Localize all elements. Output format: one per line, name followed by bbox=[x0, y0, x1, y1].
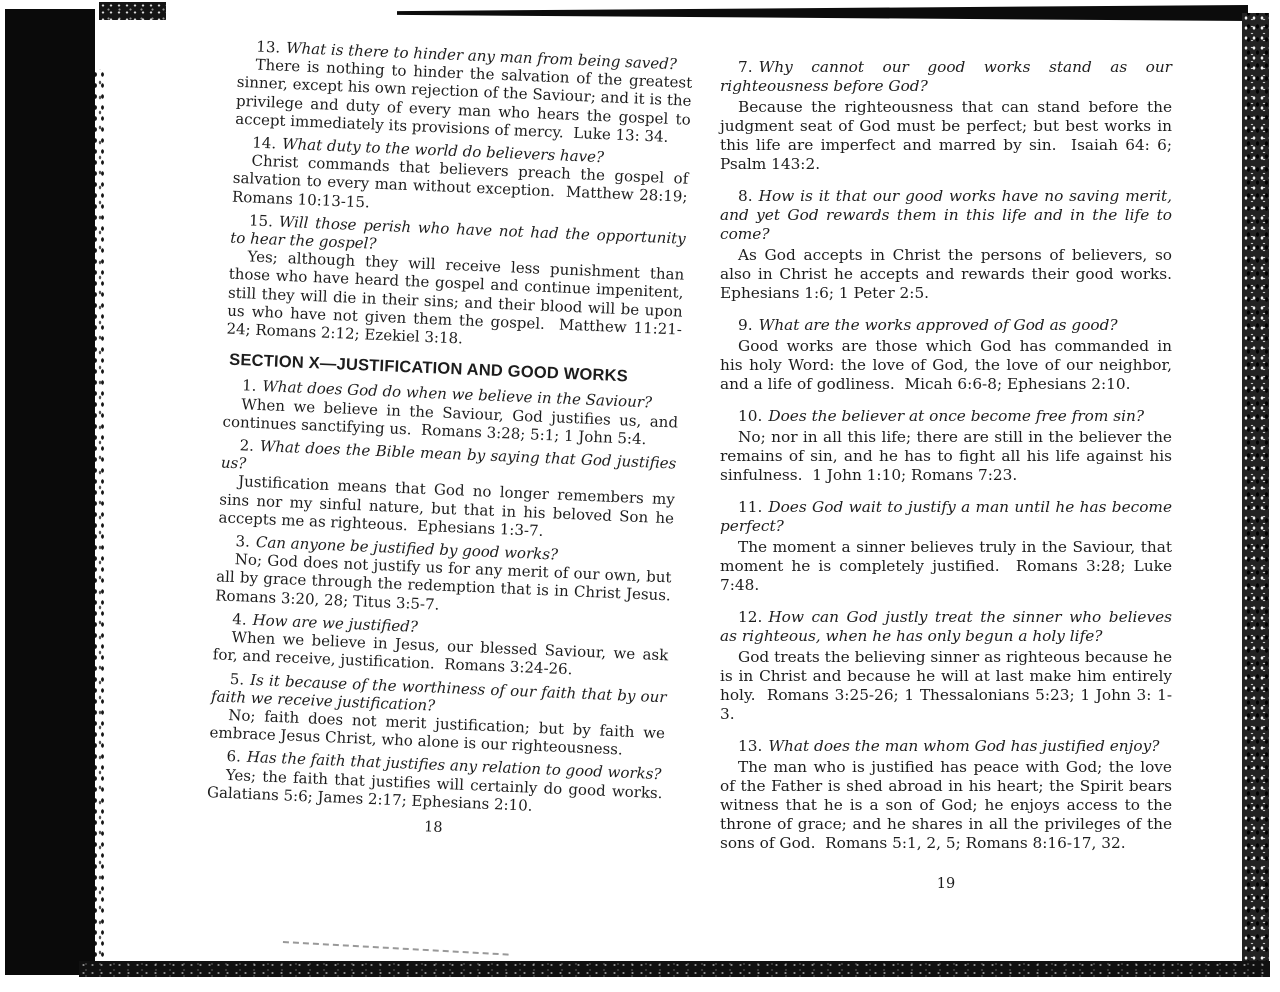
left-page: 13.What is there to hinder any man from … bbox=[206, 37, 694, 846]
question-number: 7. bbox=[738, 58, 759, 76]
answer: Yes; although they will receive less pun… bbox=[226, 247, 684, 357]
answer: As God accepts in Christ the persons of … bbox=[720, 246, 1172, 303]
question-text: Does God wait to justify a man until he … bbox=[720, 498, 1172, 535]
question-number: 10. bbox=[738, 407, 768, 425]
question-number: 9. bbox=[738, 316, 759, 334]
scan-left-edge bbox=[5, 9, 95, 975]
answer: Because the righteousness that can stand… bbox=[720, 98, 1172, 174]
answer: The moment a sinner believes truly in th… bbox=[720, 538, 1172, 595]
qa-item: 8.How is it that our good works have no … bbox=[720, 187, 1172, 303]
question: 7.Why cannot our good works stand as our… bbox=[720, 58, 1172, 96]
question-number: 13. bbox=[738, 737, 768, 755]
question-number: 14. bbox=[252, 134, 283, 153]
scan-topleft-speckle bbox=[99, 2, 166, 20]
question-number: 13. bbox=[256, 38, 287, 57]
qa-item: 14.What duty to the world do believers h… bbox=[232, 133, 690, 225]
book-page-edges-right bbox=[1242, 13, 1269, 977]
page-number-right: 19 bbox=[720, 875, 1172, 894]
right-page: 7.Why cannot our good works stand as our… bbox=[720, 58, 1172, 894]
question-text: What are the works approved of God as go… bbox=[759, 316, 1118, 334]
question-number: 2. bbox=[239, 436, 260, 455]
question: 8.How is it that our good works have no … bbox=[720, 187, 1172, 244]
question-text: Why cannot our good works stand as our r… bbox=[720, 58, 1172, 95]
scan-bottom-edge bbox=[79, 961, 1270, 977]
question-number: 12. bbox=[738, 608, 768, 626]
qa-list-section: 1.What does God do when we believe in th… bbox=[207, 376, 679, 820]
question: 10.Does the believer at once become free… bbox=[720, 407, 1172, 426]
question-text: How is it that our good works have no sa… bbox=[720, 187, 1172, 243]
question-number: 4. bbox=[232, 610, 253, 629]
qa-item: 7.Why cannot our good works stand as our… bbox=[720, 58, 1172, 174]
qa-item: 13.What is there to hinder any man from … bbox=[235, 37, 693, 147]
question-number: 11. bbox=[738, 498, 768, 516]
question: 11.Does God wait to justify a man until … bbox=[720, 498, 1172, 536]
answer: God treats the believing sinner as right… bbox=[720, 648, 1172, 724]
question-text: Does the believer at once become free fr… bbox=[768, 407, 1144, 425]
qa-item: 10.Does the believer at once become free… bbox=[720, 407, 1172, 485]
qa-list-right: 7.Why cannot our good works stand as our… bbox=[720, 58, 1172, 853]
question-number: 15. bbox=[249, 211, 280, 230]
question-number: 3. bbox=[235, 532, 256, 551]
qa-item: 9.What are the works approved of God as … bbox=[720, 316, 1172, 394]
question-text: What does the man whom God has justified… bbox=[768, 737, 1159, 755]
scan-top-edge bbox=[397, 5, 1248, 21]
answer: No; nor in all this life; there are stil… bbox=[720, 428, 1172, 485]
question-number: 5. bbox=[230, 670, 251, 689]
question-text: How can God justly treat the sinner who … bbox=[720, 608, 1172, 645]
crease-mark bbox=[283, 941, 509, 956]
question: 12.How can God justly treat the sinner w… bbox=[720, 608, 1172, 646]
question-number: 6. bbox=[226, 747, 247, 766]
qa-list-top: 13.What is there to hinder any man from … bbox=[226, 37, 693, 357]
question-number: 8. bbox=[738, 187, 759, 205]
question: 13.What does the man whom God has justif… bbox=[720, 737, 1172, 756]
answer: Good works are those which God has comma… bbox=[720, 337, 1172, 394]
qa-item: 11.Does God wait to justify a man until … bbox=[720, 498, 1172, 595]
qa-item: 12.How can God justly treat the sinner w… bbox=[720, 608, 1172, 724]
question-number: 1. bbox=[242, 377, 263, 396]
qa-item: 13.What does the man whom God has justif… bbox=[720, 737, 1172, 853]
qa-item: 5.Is it because of the worthiness of our… bbox=[209, 669, 667, 761]
answer: The man who is justified has peace with … bbox=[720, 758, 1172, 853]
qa-item: 15.Will those perish who have not had th… bbox=[226, 210, 686, 356]
qa-item: 2.What does the Bible mean by saying tha… bbox=[218, 436, 676, 546]
question: 9.What are the works approved of God as … bbox=[720, 316, 1172, 335]
qa-item: 3.Can anyone be justified by good works?… bbox=[215, 531, 673, 623]
